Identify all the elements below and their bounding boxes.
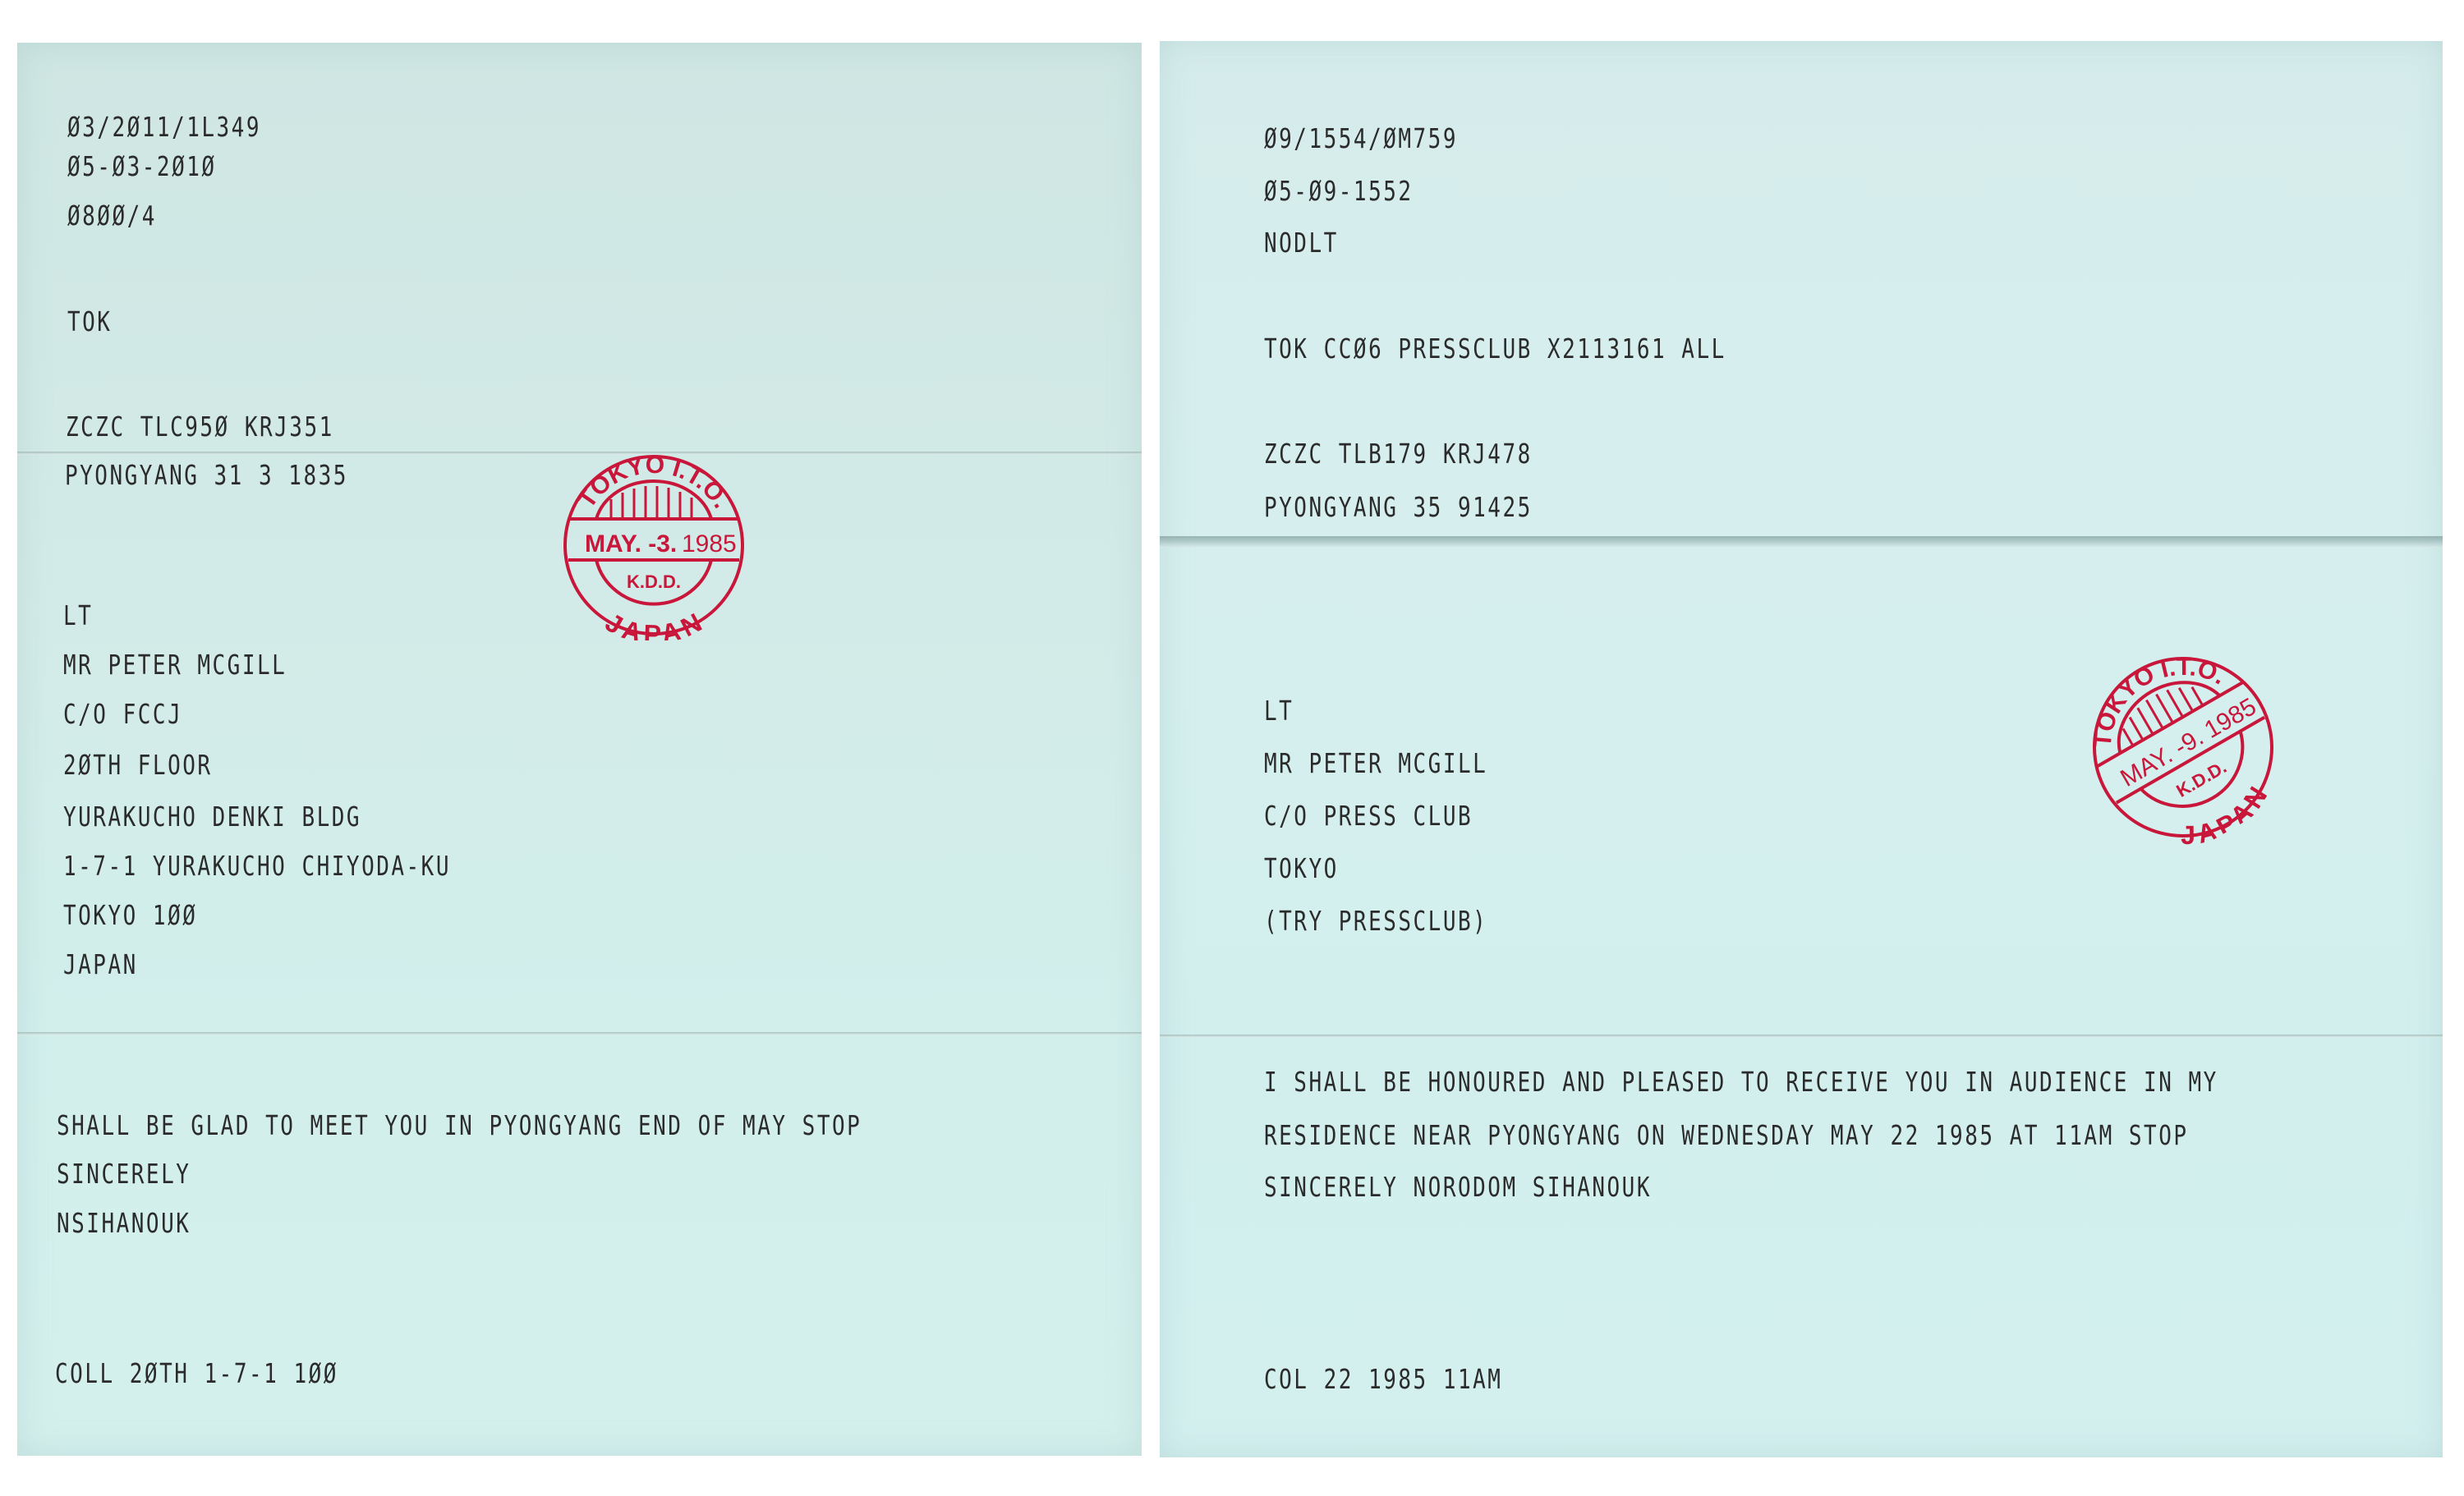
- svg-text:MAY. -3.: MAY. -3.: [585, 530, 677, 558]
- telegram-footer: COLL 2ØTH 1-7-1 1ØØ: [55, 1359, 338, 1390]
- telegram-right: Ø9/1554/ØM759 Ø5-Ø9-1552 NODLT TOK CCØ6 …: [1160, 41, 2443, 1457]
- telegram-header-line: Ø3/2Ø11/1L349: [67, 112, 261, 144]
- signature: SINCERELY NORODOM SIHANOUK: [1264, 1172, 1652, 1204]
- address-line: (TRY PRESSCLUB): [1264, 906, 1487, 938]
- telegram-header-line: ZCZC TLB179 KRJ478: [1264, 439, 1533, 470]
- address-line: LT: [1264, 696, 1294, 727]
- svg-text:K.D.D.: K.D.D.: [2172, 756, 2230, 801]
- message-body-line: SHALL BE GLAD TO MEET YOU IN PYONGYANG E…: [57, 1111, 862, 1142]
- address-line: C/O PRESS CLUB: [1264, 801, 1473, 833]
- address-line: TOKYO 1ØØ: [63, 901, 197, 932]
- address-line: C/O FCCJ: [63, 700, 182, 731]
- postmark-icon: TOKYO I.T.O. JAPAN MAY. -9. 1985 K.D.D.: [2053, 617, 2314, 878]
- telegram-header-line: NODLT: [1264, 228, 1339, 259]
- signature: NSIHANOUK: [57, 1209, 191, 1240]
- address-line: 2ØTH FLOOR: [63, 750, 213, 782]
- address-line: LT: [63, 601, 93, 632]
- address-line: TOKYO: [1264, 854, 1339, 885]
- telegram-header-line: PYONGYANG 31 3 1835: [65, 461, 348, 492]
- telegram-header-line: Ø5-Ø3-2Ø1Ø: [67, 152, 217, 183]
- address-line: JAPAN: [63, 950, 138, 981]
- fold-line: [17, 1032, 1142, 1035]
- address-line: YURAKUCHO DENKI BLDG: [63, 802, 361, 833]
- telegram-header-line: Ø5-Ø9-1552: [1264, 177, 1414, 208]
- message-body-line: RESIDENCE NEAR PYONGYANG ON WEDNESDAY MA…: [1264, 1121, 2189, 1152]
- telegram-left: Ø3/2Ø11/1L349 Ø5-Ø3-2Ø1Ø Ø8ØØ/4 TOK ZCZC…: [17, 43, 1142, 1456]
- fold-line: [1160, 536, 2443, 548]
- svg-text:JAPAN: JAPAN: [600, 607, 706, 640]
- address-line: MR PETER MCGILL: [63, 650, 287, 681]
- message-body-line: SINCERELY: [57, 1159, 191, 1191]
- svg-text:1985: 1985: [682, 530, 737, 558]
- postmark-stamp: TOKYO I.T.O. JAPAN MAY. -9. 1985 K.D.D.: [2053, 617, 2314, 878]
- telegram-header-line: ZCZC TLC95Ø KRJ351: [66, 412, 334, 443]
- telegram-header-line: Ø8ØØ/4: [67, 201, 157, 232]
- fold-line: [1160, 1035, 2443, 1038]
- message-body-line: I SHALL BE HONOURED AND PLEASED TO RECEI…: [1264, 1067, 2218, 1099]
- address-line: 1-7-1 YURAKUCHO CHIYODA-KU: [63, 851, 451, 883]
- telegram-header-line: TOK: [67, 307, 112, 338]
- telegram-header-line: TOK CCØ6 PRESSCLUB X2113161 ALL: [1264, 334, 1726, 365]
- address-line: MR PETER MCGILL: [1264, 749, 1487, 780]
- postmark-stamp: TOKYO I.T.O. JAPAN MAY. -3. 1985 K.D.D.: [559, 450, 749, 640]
- telegram-header-line: PYONGYANG 35 91425: [1264, 493, 1533, 524]
- svg-text:K.D.D.: K.D.D.: [627, 571, 681, 592]
- telegram-footer: COL 22 1985 11AM: [1264, 1365, 1502, 1396]
- telegram-header-line: Ø9/1554/ØM759: [1264, 124, 1458, 155]
- postmark-icon: TOKYO I.T.O. JAPAN MAY. -3. 1985 K.D.D.: [559, 450, 749, 640]
